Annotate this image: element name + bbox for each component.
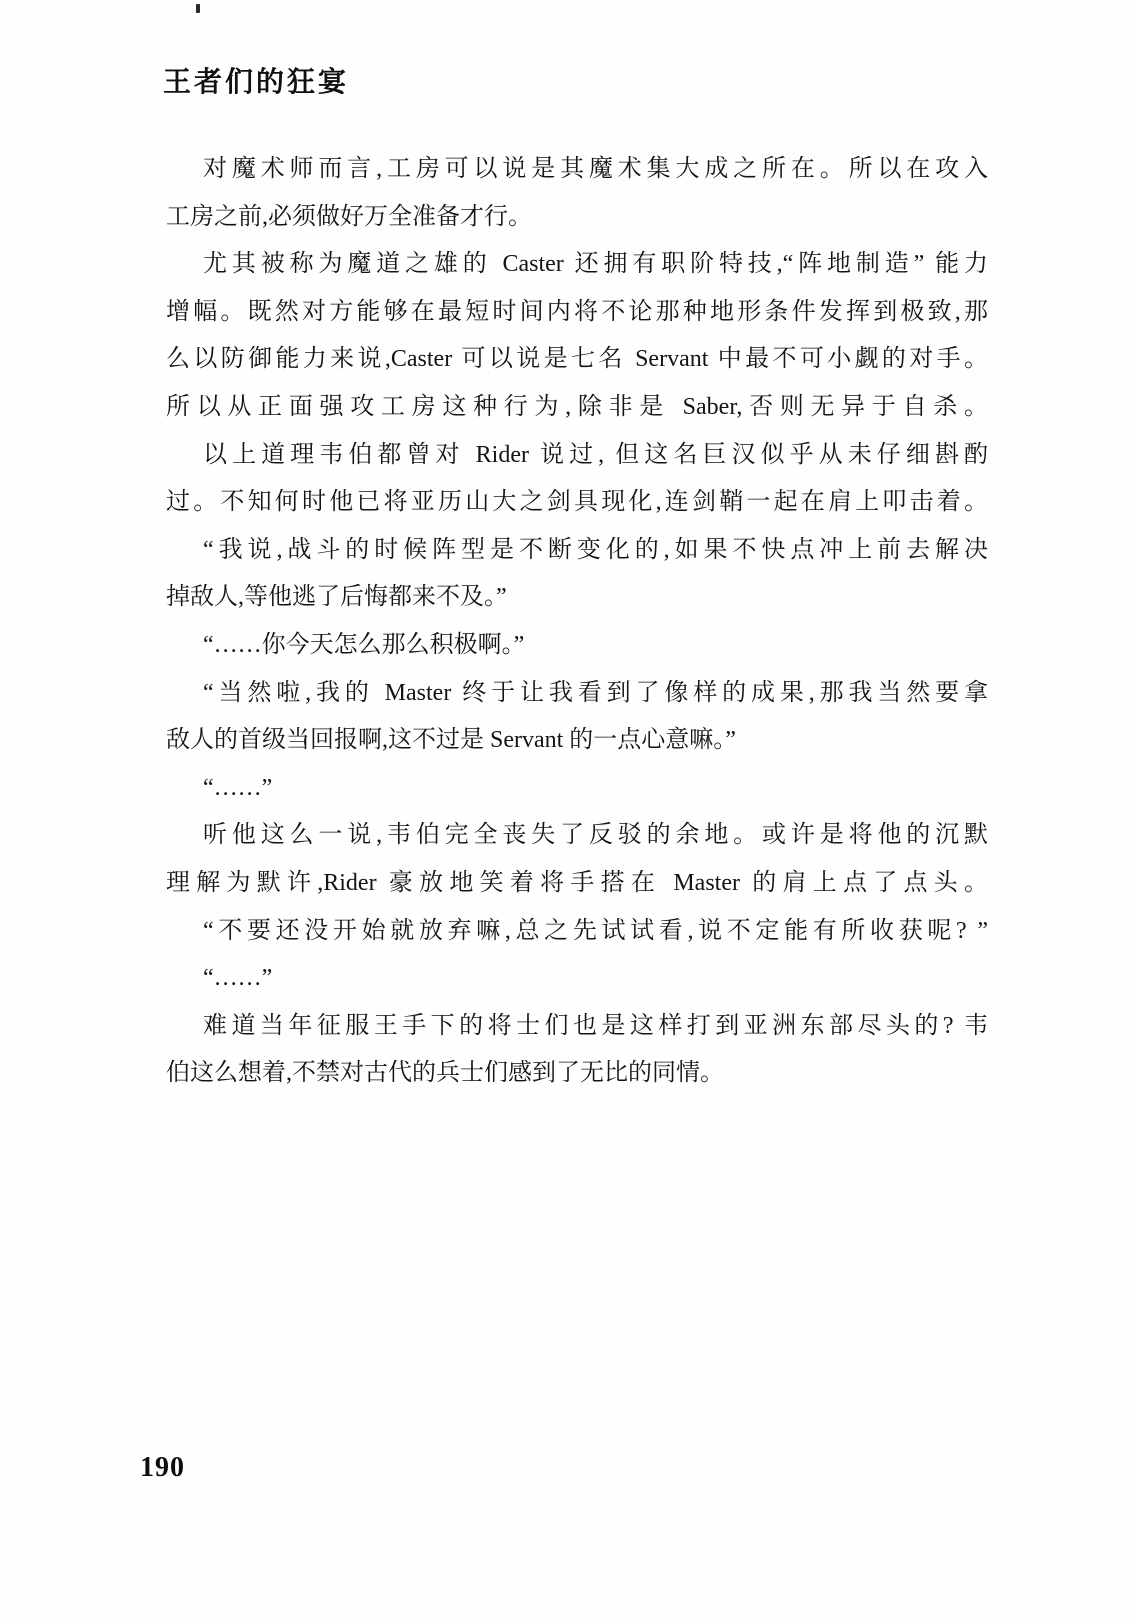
text-line: “当然啦,我的 Master 终于让我看到了像样的成果,那我当然要拿: [166, 670, 988, 718]
text-line: 以上道理韦伯都曾对 Rider 说过, 但这名巨汉似乎从未仔细斟酌: [166, 432, 988, 480]
text-line: 对魔术师而言,工房可以说是其魔术集大成之所在。所以在攻入: [166, 146, 988, 194]
text-line: 过。不知何时他已将亚历山大之剑具现化,连剑鞘一起在肩上叩击着。: [166, 479, 988, 527]
text-line: 敌人的首级当回报啊,这不过是 Servant 的一点心意嘛。”: [166, 717, 988, 765]
text-line: 增幅。既然对方能够在最短时间内将不论那种地形条件发挥到极致,那: [166, 289, 988, 337]
text-line: 所以从正面强攻工房这种行为,除非是 Saber,否则无异于自杀。: [166, 384, 988, 432]
page-number: 190: [140, 1452, 185, 1484]
text-line: 难道当年征服王手下的将士们也是这样打到亚洲东部尽头的? 韦: [166, 1003, 988, 1051]
running-header-title: 王者们的狂宴: [163, 60, 349, 100]
text-line: 掉敌人,等他逃了后悔都来不及。”: [166, 574, 988, 622]
text-line: 尤其被称为魔道之雄的 Caster 还拥有职阶特技,“阵地制造” 能力: [166, 241, 988, 289]
text-line: 么以防御能力来说,Caster 可以说是七名 Servant 中最不可小觑的对手…: [166, 336, 988, 384]
text-line: “……”: [166, 765, 988, 813]
text-line: 伯这么想着,不禁对古代的兵士们感到了无比的同情。: [166, 1050, 988, 1098]
text-line: 听他这么一说,韦伯完全丧失了反驳的余地。或许是将他的沉默: [166, 812, 988, 860]
text-line: “不要还没开始就放弃嘛,总之先试试看,说不定能有所收获呢? ”: [166, 908, 988, 956]
book-page-scan: 王者们的狂宴 对魔术师而言,工房可以说是其魔术集大成之所在。所以在攻入 工房之前…: [0, 0, 1136, 1624]
scan-speck: [196, 4, 200, 13]
text-line: “我说,战斗的时候阵型是不断变化的,如果不快点冲上前去解决: [166, 527, 988, 575]
text-line: “……”: [166, 955, 988, 1003]
text-line: “……你今天怎么那么积极啊。”: [166, 622, 988, 670]
body-text-block: 对魔术师而言,工房可以说是其魔术集大成之所在。所以在攻入 工房之前,必须做好万全…: [166, 146, 988, 1098]
text-line: 理解为默许,Rider 豪放地笑着将手搭在 Master 的肩上点了点头。: [166, 860, 988, 908]
text-line: 工房之前,必须做好万全准备才行。: [166, 194, 988, 242]
